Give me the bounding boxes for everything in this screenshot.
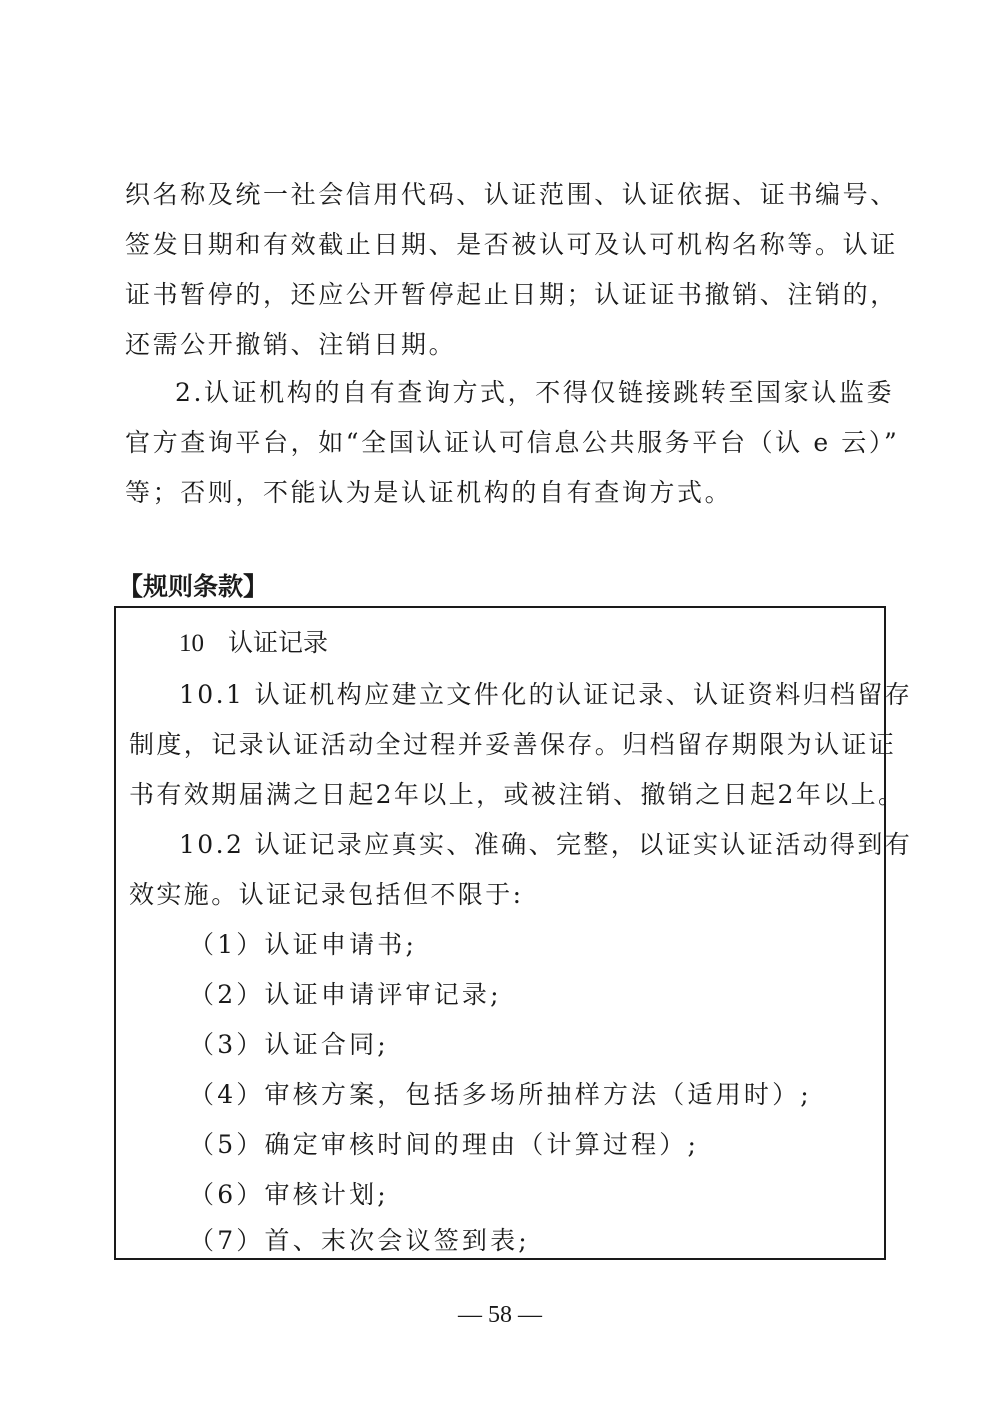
intro-line-3: 证书暂停的，还应公开暂停起止日期；认证证书撤销、注销的， <box>125 280 885 310</box>
record-item-5: （5）确定审核时间的理由（计算过程）; <box>189 1130 699 1160</box>
section-label-rules: 【规则条款】 <box>118 572 268 602</box>
record-item-4: （4）审核方案，包括多场所抽样方法（适用时）; <box>189 1080 812 1110</box>
intro-line-4: 还需公开撤销、注销日期。 <box>125 330 885 360</box>
record-item-3: （3）认证合同; <box>189 1030 389 1060</box>
rule-clause-box: 10认证记录 10.1 认证机构应建立文件化的认证记录、认证资料归档留存 制度，… <box>114 606 886 1260</box>
record-item-7: （7）首、末次会议签到表; <box>189 1228 530 1254</box>
clause-heading-number: 10 <box>179 630 204 657</box>
point-2-line-1: 2.认证机构的自有查询方式，不得仅链接跳转至国家认监委 <box>175 378 885 408</box>
clause-10-2-line-2: 效实施。认证记录包括但不限于: <box>129 880 523 910</box>
intro-line-1: 织名称及统一社会信用代码、认证范围、认证依据、证书编号、 <box>125 180 885 210</box>
clause-10-1-line-3: 书有效期届满之日起2年以上，或被注销、撤销之日起2年以上。 <box>129 780 905 810</box>
clause-10-1-line-2: 制度，记录认证活动全过程并妥善保存。归档留存期限为认证证 <box>129 730 896 760</box>
clause-heading: 10认证记录 <box>179 628 328 659</box>
clause-10-1-line-1: 10.1 认证机构应建立文件化的认证记录、认证资料归档留存 <box>179 680 912 710</box>
document-page: 织名称及统一社会信用代码、认证范围、认证依据、证书编号、 签发日期和有效截止日期… <box>0 0 1000 1414</box>
intro-line-2: 签发日期和有效截止日期、是否被认可及认可机构名称等。认证 <box>125 230 885 260</box>
record-item-1: （1）认证申请书; <box>189 930 417 960</box>
record-item-2: （2）认证申请评审记录; <box>189 980 502 1010</box>
point-2-line-2: 官方查询平台，如“全国认证认可信息公共服务平台（认 e 云）” <box>125 428 885 458</box>
page-number: — 58 — <box>0 1300 1000 1330</box>
record-item-6: （6）审核计划; <box>189 1180 389 1210</box>
clause-10-2-line-1: 10.2 认证记录应真实、准确、完整，以证实认证活动得到有 <box>179 830 912 860</box>
clause-heading-title: 认证记录 <box>228 628 328 657</box>
point-2-line-3: 等；否则，不能认为是认证机构的自有查询方式。 <box>125 478 885 508</box>
